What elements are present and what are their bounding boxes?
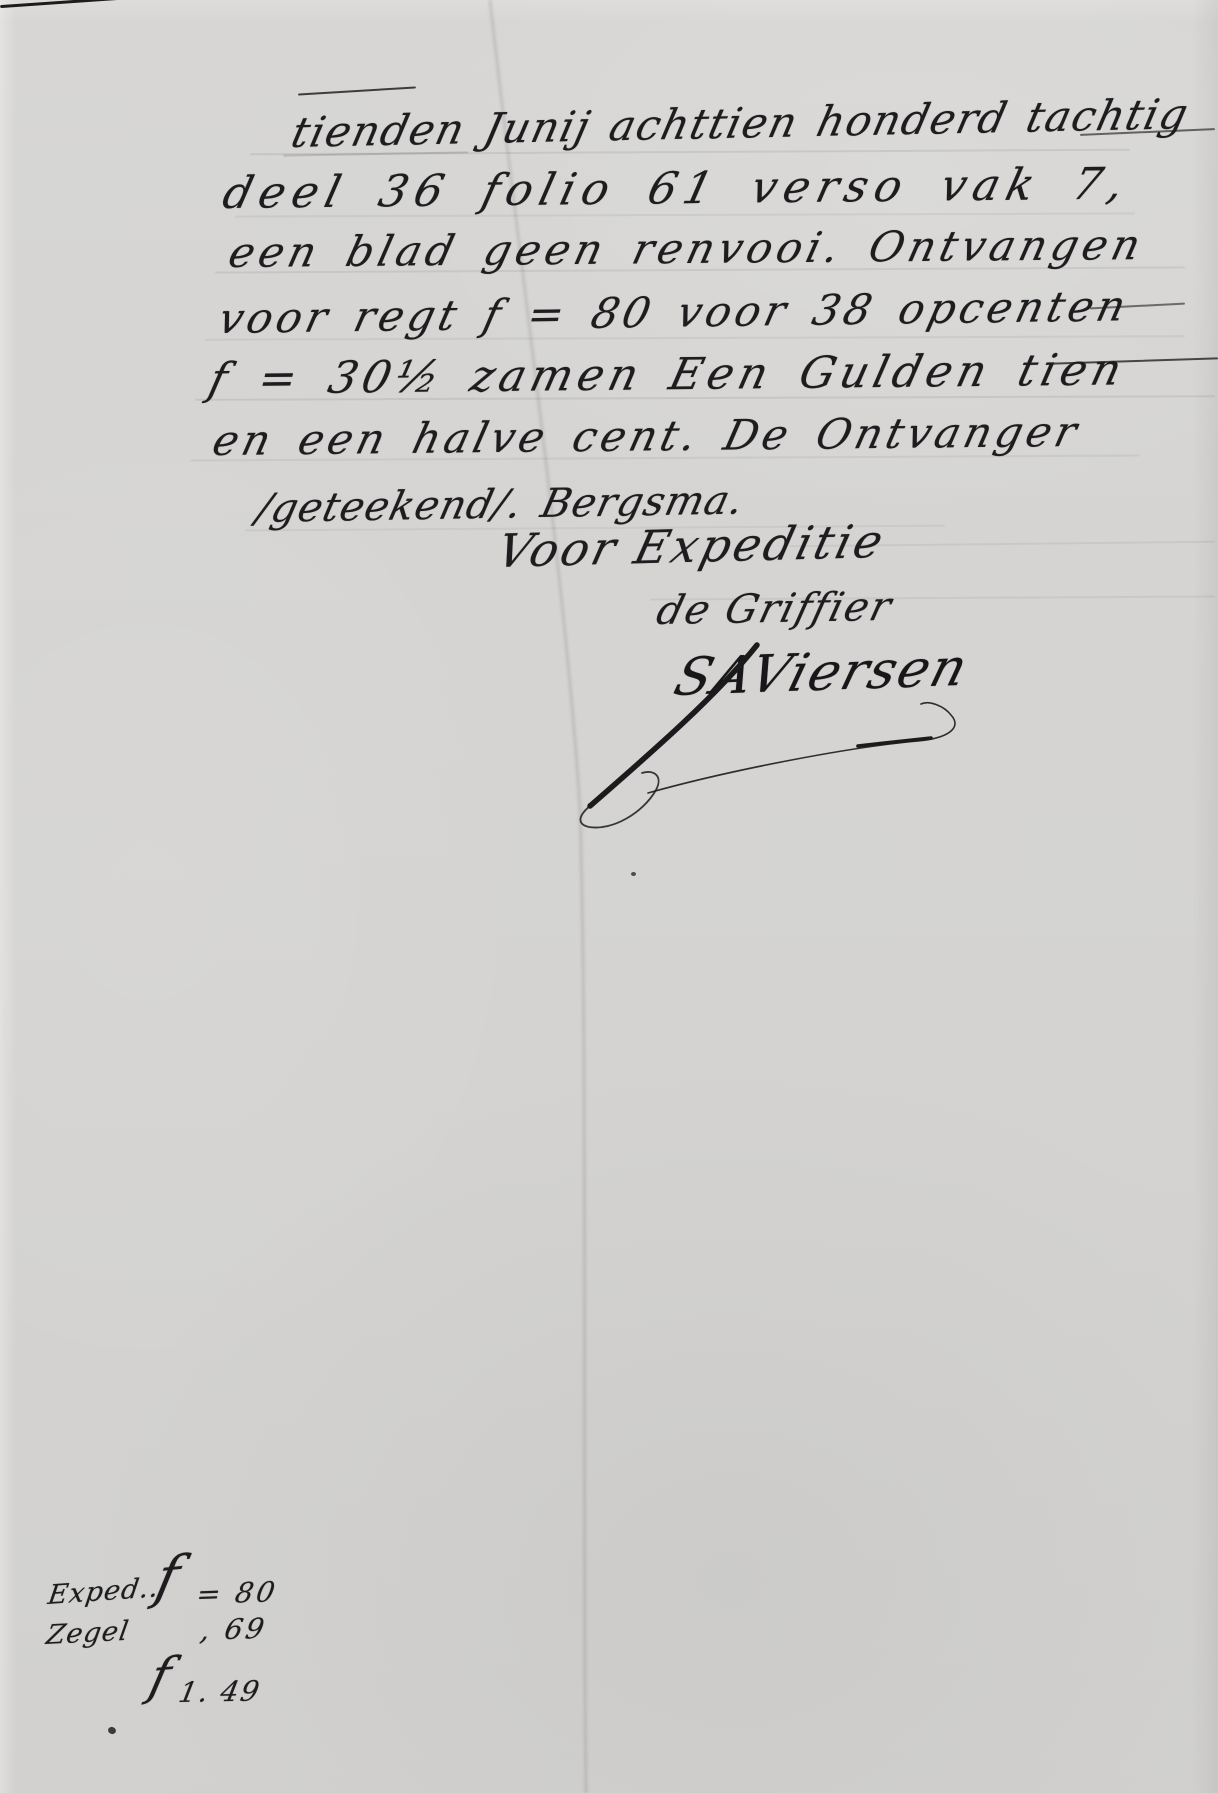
manuscript-line-4: voor regt f = 80 voor 38 opcenten	[214, 281, 1135, 343]
fee-sum-line	[0, 0, 148, 8]
manuscript-line-5: f = 30½ zamen Een Gulden tien	[204, 344, 1131, 405]
manuscript-line-1: tienden Junij achttien honderd tachtig	[287, 89, 1194, 157]
document-page: tienden Junij achttien honderd tachtig d…	[0, 0, 1218, 1793]
ink-speck	[107, 1726, 117, 1735]
fee-exped-value: = 80	[194, 1575, 280, 1611]
fee-exped-label: Exped..	[46, 1572, 161, 1611]
closing-line-de-griffier: de Griffier	[652, 584, 898, 634]
ink-speck	[631, 872, 636, 876]
closing-line-voor-expeditie: Voor Expeditie	[492, 514, 891, 578]
fee-total-value: 1. 49	[176, 1675, 264, 1709]
fee-zegel-value: , 69	[198, 1612, 270, 1647]
manuscript-line-2: deel 36 folio 61 verso vak 7,	[218, 159, 1136, 219]
guilder-symbol: f	[144, 1647, 177, 1706]
ink-stroke-t-bar	[298, 86, 416, 95]
signature: SAViersen	[668, 638, 976, 708]
manuscript-line-6: en een halve cent. De Ontvanger	[208, 407, 1086, 465]
fee-zegel-label: Zegel	[44, 1616, 131, 1651]
manuscript-line-3: een blad geen renvooi. Ontvangen	[224, 220, 1150, 277]
fee-note: Exped.. f = 80 Zegel , 69 f 1. 49	[0, 0, 1218, 3]
